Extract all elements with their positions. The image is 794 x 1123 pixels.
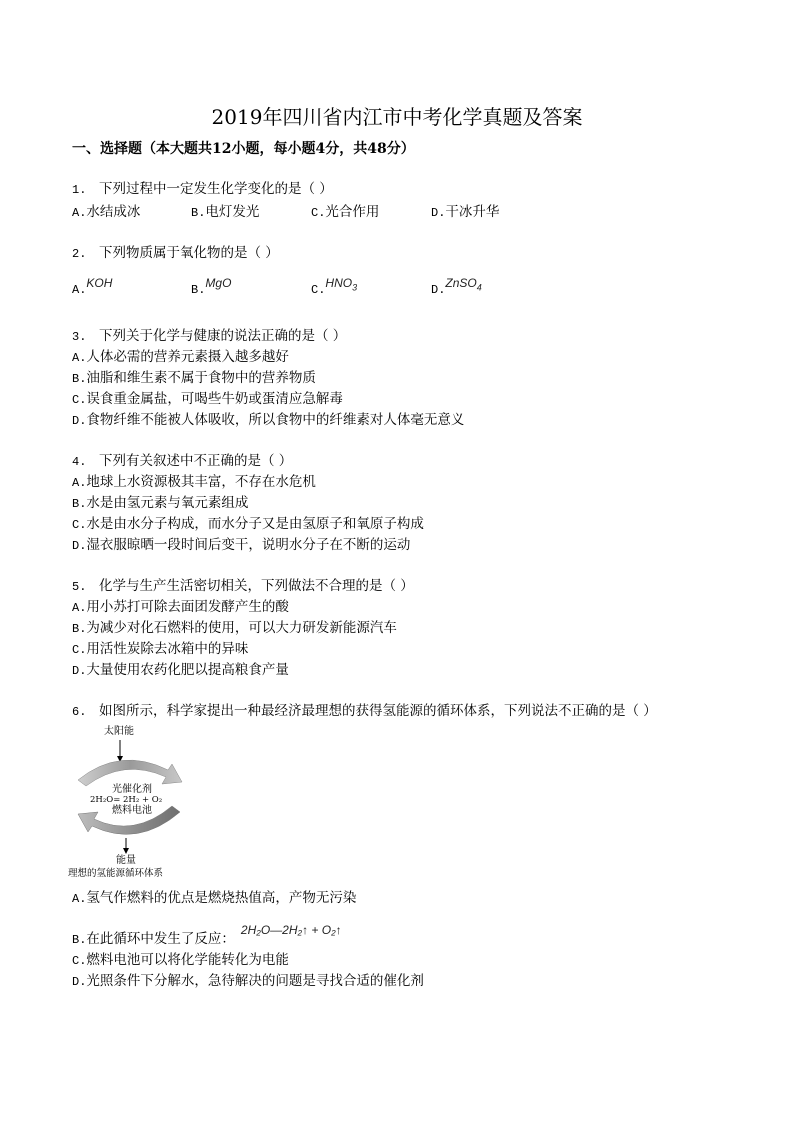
- diagram-top-label: 太阳能: [104, 726, 134, 738]
- question-1-option-d: D.干冰升华: [431, 203, 499, 222]
- reaction-equation: 2H₂O—2H₂↑ + O₂↑: [241, 923, 342, 937]
- question-2-stem: 2.下列物质属于氧化物的是（ ）: [72, 244, 279, 263]
- question-number: 2.: [72, 245, 99, 263]
- document-title: 2019年四川省内江市中考化学真题及答案: [0, 104, 794, 130]
- question-2-option-d: D.ZnSO4: [431, 280, 482, 302]
- chemical-formula: MgO: [205, 276, 231, 290]
- section-heading: 一、选择题（本大题共12小题，每小题4分，共48分）: [72, 140, 415, 158]
- question-text: 化学与生产生活密切相关，下列做法不合理的是（ ）: [99, 578, 414, 594]
- question-1-option-b: B.电灯发光: [191, 203, 259, 222]
- question-text: 下列过程中一定发生化学变化的是（ ）: [99, 181, 333, 197]
- chemical-formula: ZnSO4: [445, 276, 481, 290]
- hydrogen-cycle-diagram: 太阳能 光催化剂 2H₂O= 2H₂ + O₂ 燃料电池 能量 理想的氢能源循环…: [72, 726, 192, 878]
- question-3-option-b: B.油脂和维生素不属于食物中的营养物质: [72, 369, 316, 388]
- question-5-option-c: C.用活性炭除去冰箱中的异味: [72, 640, 248, 659]
- diagram-bottom-label: 能量: [116, 855, 136, 867]
- question-6-option-a: A.氢气作燃料的优点是燃烧热值高，产物无污染: [72, 889, 356, 908]
- question-2-option-b: B.MgO: [191, 280, 231, 299]
- diagram-caption: 理想的氢能源循环体系: [68, 868, 163, 880]
- question-3-stem: 3.下列关于化学与健康的说法正确的是（ ）: [72, 327, 346, 346]
- question-2-option-c: C.HNO3: [311, 280, 357, 302]
- question-6-stem: 6.如图所示，科学家提出一种最经济最理想的获得氢能源的循环体系，下列说法不正确的…: [72, 702, 657, 721]
- chemical-formula: KOH: [86, 276, 112, 290]
- question-6-option-d: D.光照条件下分解水，急待解决的问题是寻找合适的催化剂: [72, 972, 424, 991]
- question-number: 1.: [72, 181, 99, 199]
- question-1-stem: 1.下列过程中一定发生化学变化的是（ ）: [72, 180, 333, 199]
- question-4-option-d: D.湿衣服晾晒一段时间后变干，说明水分子在不断的运动: [72, 536, 410, 555]
- question-6-option-c: C.燃料电池可以将化学能转化为电能: [72, 951, 289, 970]
- question-text: 下列物质属于氧化物的是（ ）: [99, 245, 279, 261]
- question-4-stem: 4.下列有关叙述中不正确的是（ ）: [72, 452, 292, 471]
- diagram-catalyst-label: 光催化剂: [112, 784, 152, 795]
- question-6-option-b: B.在此循环中发生了反应：2H₂O—2H₂↑ + O₂↑: [72, 930, 342, 949]
- question-3-option-d: D.食物纤维不能被人体吸收，所以食物中的纤维素对人体毫无意义: [72, 411, 464, 430]
- diagram-cell-label: 燃料电池: [112, 805, 152, 816]
- question-2-option-a: A.KOH: [72, 280, 112, 299]
- chemical-formula: HNO3: [325, 276, 357, 290]
- question-5-stem: 5.化学与生产生活密切相关，下列做法不合理的是（ ）: [72, 577, 414, 596]
- question-text: 下列有关叙述中不正确的是（ ）: [99, 453, 292, 469]
- question-text: 如图所示，科学家提出一种最经济最理想的获得氢能源的循环体系，下列说法不正确的是（…: [99, 703, 657, 719]
- question-5-option-b: B.为减少对化石燃料的使用，可以大力研发新能源汽车: [72, 619, 397, 638]
- question-1-option-c: C.光合作用: [311, 203, 379, 222]
- diagram-equation: 2H₂O= 2H₂ + O₂: [90, 795, 162, 805]
- question-number: 3.: [72, 328, 99, 346]
- question-5-option-d: D.大量使用农药化肥以提高粮食产量: [72, 661, 289, 680]
- question-4-option-a: A.地球上水资源极其丰富，不存在水危机: [72, 473, 316, 492]
- question-4-option-c: C.水是由水分子构成，而水分子又是由氢原子和氧原子构成: [72, 515, 424, 534]
- question-3-option-a: A.人体必需的营养元素摄入越多越好: [72, 348, 289, 367]
- question-3-option-c: C.误食重金属盐，可喝些牛奶或蛋清应急解毒: [72, 390, 343, 409]
- question-number: 6.: [72, 703, 99, 721]
- question-4-option-b: B.水是由氢元素与氧元素组成: [72, 494, 248, 513]
- question-1-option-a: A.水结成冰: [72, 203, 140, 222]
- question-number: 5.: [72, 578, 99, 596]
- question-5-option-a: A.用小苏打可除去面团发酵产生的酸: [72, 598, 289, 617]
- question-number: 4.: [72, 453, 99, 471]
- question-text: 下列关于化学与健康的说法正确的是（ ）: [99, 328, 346, 344]
